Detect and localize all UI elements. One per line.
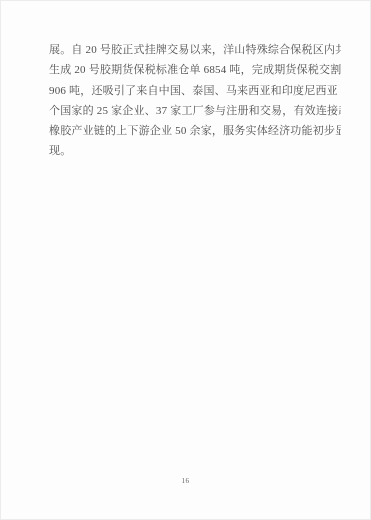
- paragraph-line: 生成 20 号胶期货保税标准仓单 6854 吨，完成期货保税交割: [49, 60, 341, 80]
- document-page: 展。自 20 号胶正式挂牌交易以来，洋山特殊综合保税区内共 生成 20 号胶期货…: [0, 0, 371, 520]
- page-number: 16: [1, 477, 370, 485]
- paragraph-line: 橡胶产业链的上下游企业 50 余家，服务实体经济功能初步显: [49, 121, 341, 141]
- paragraph-line: 906 吨，还吸引了来自中国、泰国、马来西亚和印度尼西亚 4: [49, 81, 341, 101]
- paragraph-line: 展。自 20 号胶正式挂牌交易以来，洋山特殊综合保税区内共: [49, 40, 341, 60]
- body-paragraph: 展。自 20 号胶正式挂牌交易以来，洋山特殊综合保税区内共 生成 20 号胶期货…: [49, 40, 341, 162]
- paragraph-line: 个国家的 25 家企业、37 家工厂参与注册和交易，有效连接起: [49, 101, 341, 121]
- paragraph-line: 现。: [49, 141, 341, 161]
